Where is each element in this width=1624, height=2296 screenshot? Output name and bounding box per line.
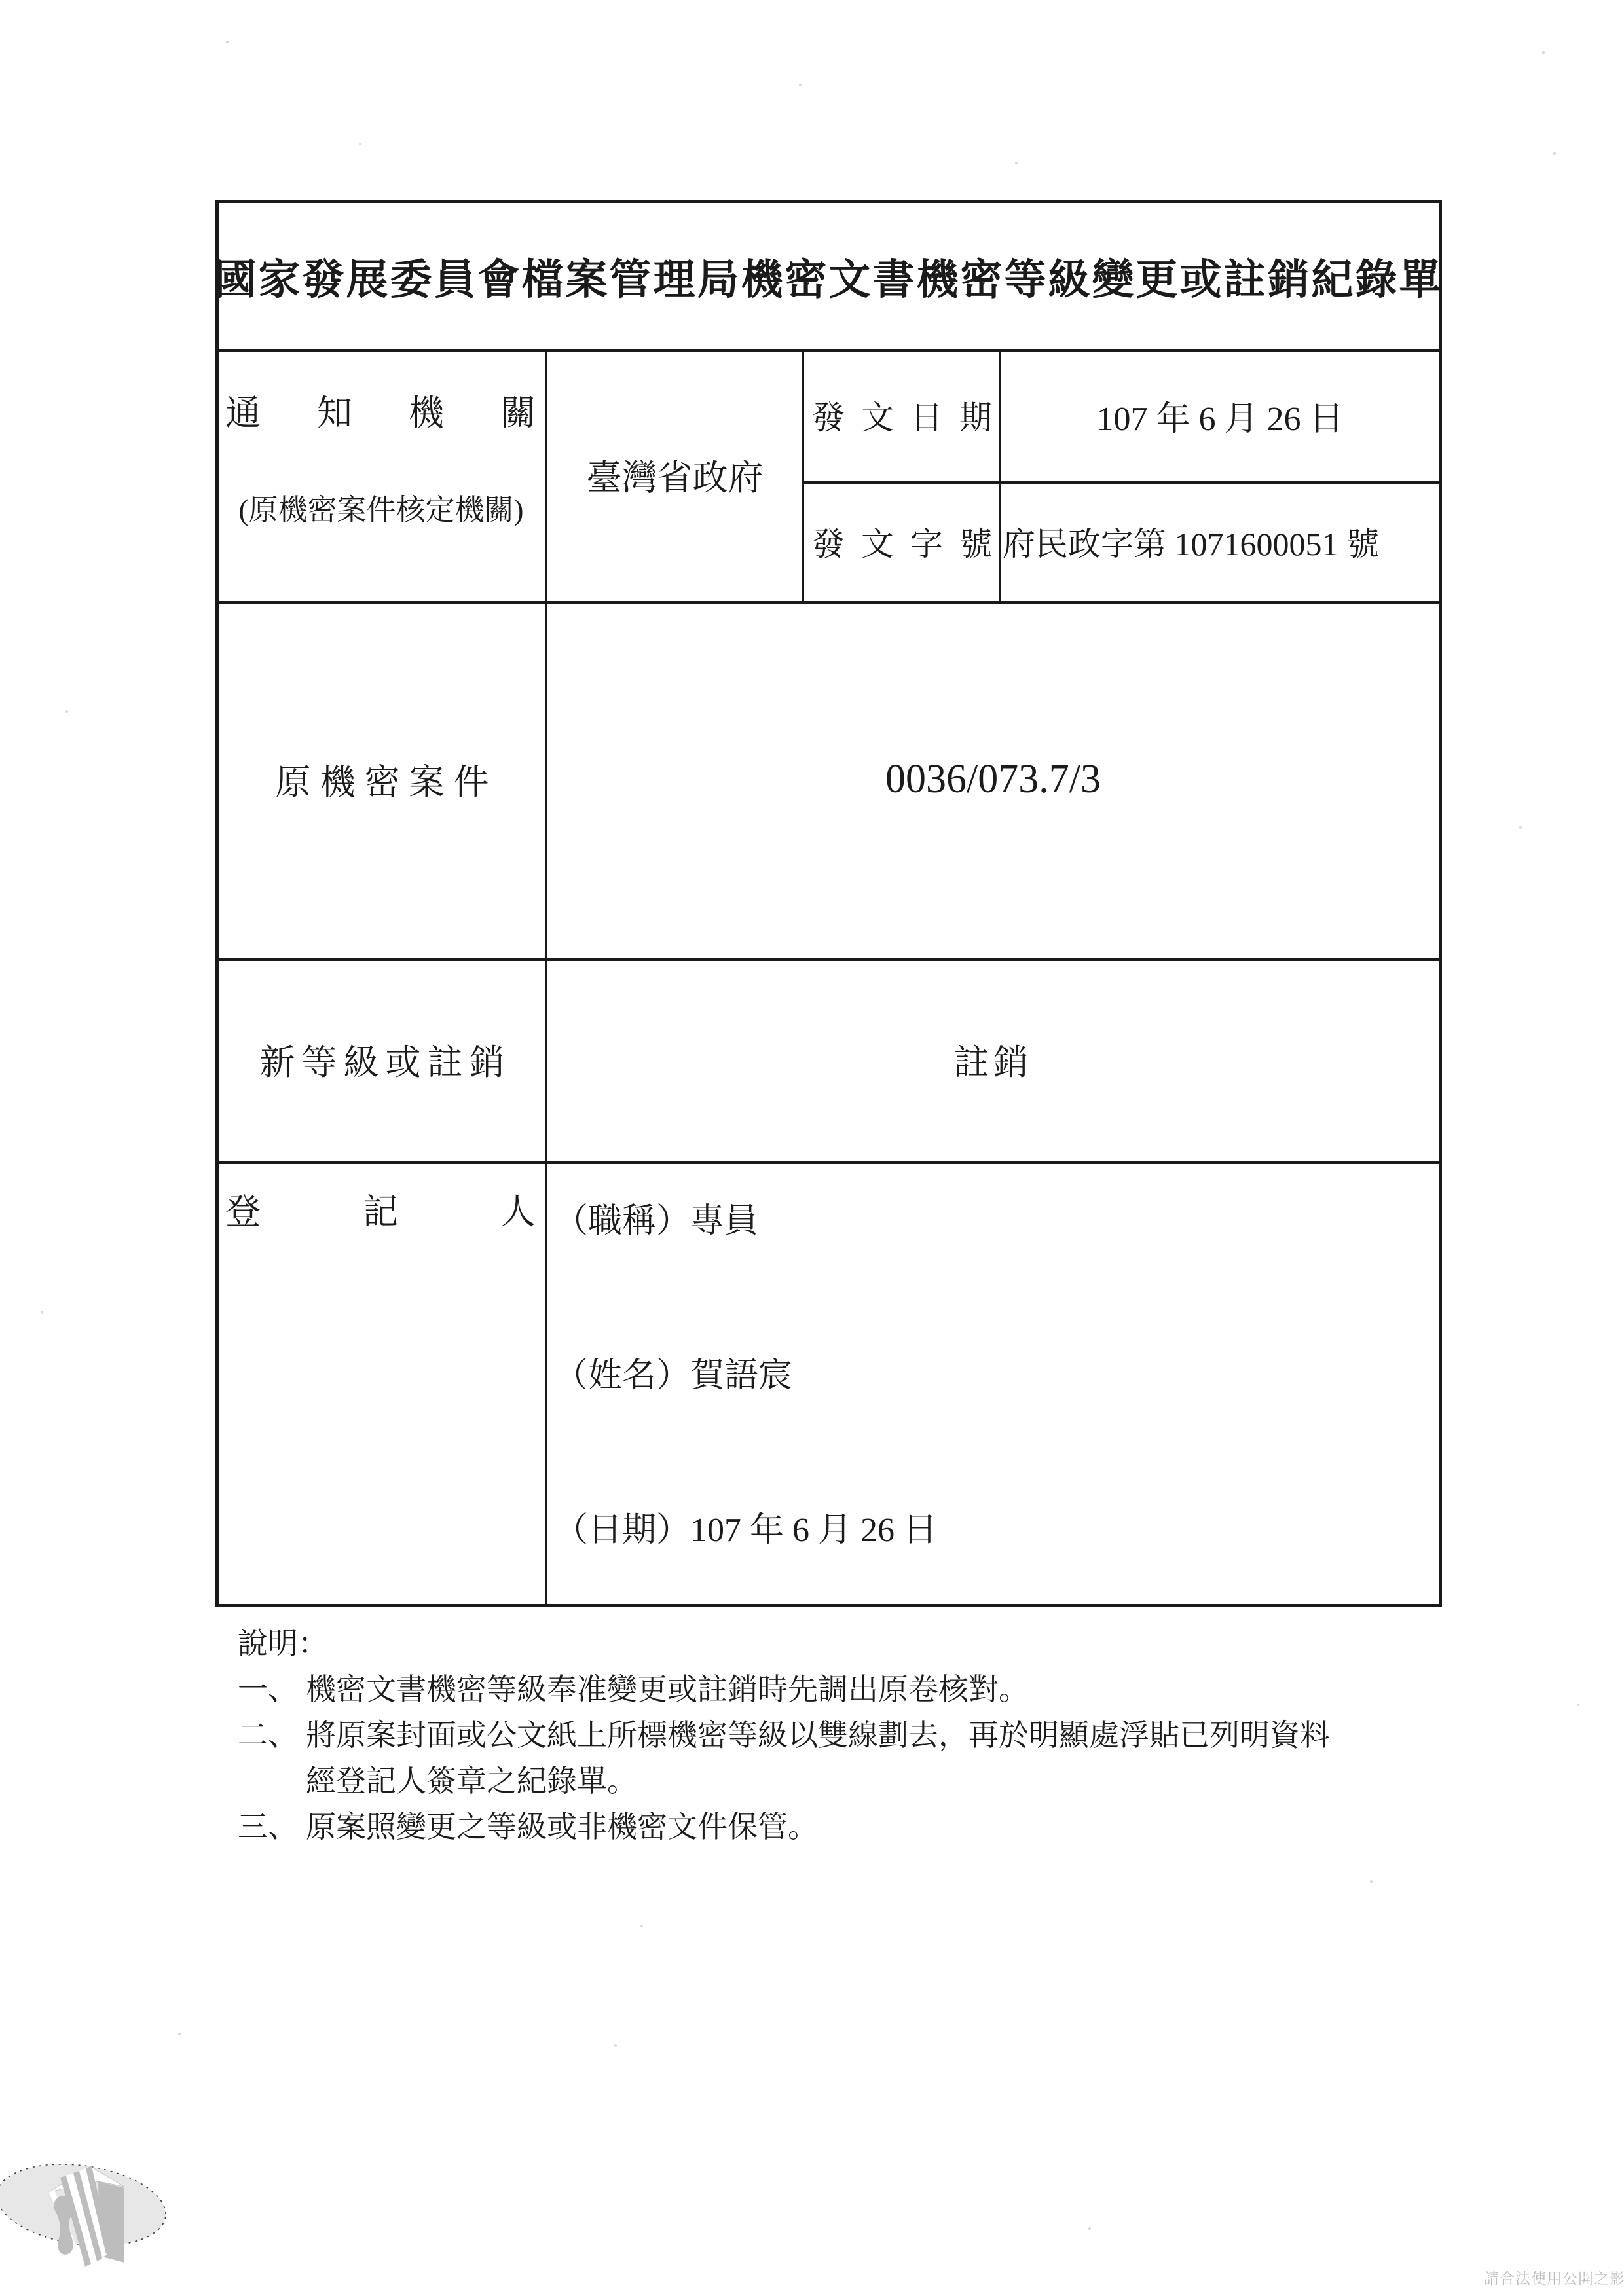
table-border xyxy=(215,1161,1442,1164)
original-case-label: 原機密案件 xyxy=(219,601,545,958)
note-text: 機密文書機密等級奉准變更或註銷時先調出原卷核對。 xyxy=(306,1667,1354,1713)
issue-date-label: 發 文 日 期 xyxy=(812,349,992,481)
issue-date-label-char: 期 xyxy=(959,392,992,439)
registrar-date-line: （日期）107 年 6 月 26 日 xyxy=(554,1502,937,1551)
registrar-label: 登 記 人 xyxy=(225,1184,536,1234)
notify-agency-label-char: 通 xyxy=(225,385,261,435)
registrar-title-line: （職稱）專員 xyxy=(554,1193,758,1242)
issue-number-label-char: 文 xyxy=(861,518,894,565)
notify-agency-label-char: 知 xyxy=(317,385,352,435)
notify-agency-label-char: 關 xyxy=(500,385,536,435)
issue-date-label-char: 日 xyxy=(910,392,943,439)
notes-heading: 說明： xyxy=(238,1621,1446,1667)
issue-date-label-char: 發 xyxy=(812,392,845,439)
note-item-3: 三、 原案照變更之等級或非機密文件保管。 xyxy=(238,1804,1446,1850)
issue-date-value: 107 年 6 月 26 日 xyxy=(1001,349,1439,481)
notify-agency-value: 臺灣省政府 xyxy=(547,349,802,601)
form-title: 國家發展委員會檔案管理局機密文書機密等級變更或註銷紀錄單 xyxy=(219,203,1439,349)
note-text: 將原案封面或公文紙上所標機密等級以雙線劃去，再於明顯處浮貼已列明資料經登記人簽章… xyxy=(306,1713,1354,1804)
note-item-2: 二、 將原案封面或公文紙上所標機密等級以雙線劃去，再於明顯處浮貼已列明資料經登記… xyxy=(238,1713,1446,1804)
issue-number-label-char: 號 xyxy=(959,518,992,565)
table-border xyxy=(802,349,804,601)
registrar-label-char: 登 xyxy=(225,1184,261,1234)
note-marker: 三、 xyxy=(238,1804,306,1850)
issue-date-label-char: 文 xyxy=(861,392,894,439)
note-marker: 一、 xyxy=(238,1667,306,1713)
original-case-value: 0036/073.7/3 xyxy=(547,601,1439,958)
new-level-label: 新等級或註銷 xyxy=(219,958,545,1161)
scan-noise xyxy=(0,0,3,3)
notify-agency-sublabel: (原機密案件核定機關) xyxy=(217,486,545,528)
notify-agency-label-char: 機 xyxy=(409,385,444,435)
new-level-value: 註銷 xyxy=(547,958,1439,1161)
notify-agency-label: 通 知 機 關 xyxy=(225,385,536,435)
issue-number-label: 發 文 字 號 xyxy=(812,481,992,601)
document-page: 國家發展委員會檔案管理局機密文書機密等級變更或註銷紀錄單 通 知 機 關 (原機… xyxy=(0,0,1624,2296)
note-item-1: 一、 機密文書機密等級奉准變更或註銷時先調出原卷核對。 xyxy=(238,1667,1446,1713)
archives-logo-icon xyxy=(0,2146,177,2296)
issue-number-label-char: 字 xyxy=(910,518,943,565)
issue-number-label-char: 發 xyxy=(812,518,845,565)
note-text: 原案照變更之等級或非機密文件保管。 xyxy=(306,1804,1354,1850)
registrar-label-char: 記 xyxy=(363,1184,398,1234)
notes-section: 說明： 一、 機密文書機密等級奉准變更或註銷時先調出原卷核對。 二、 將原案封面… xyxy=(238,1621,1446,1850)
issue-number-value: 府民政字第 1071600051 號 xyxy=(1003,481,1439,601)
note-marker: 二、 xyxy=(238,1713,306,1758)
registrar-name-line: （姓名）賀語宸 xyxy=(554,1347,792,1396)
copyright-watermark: 請合法使用公開之影像 xyxy=(1484,2267,1624,2288)
registrar-label-char: 人 xyxy=(500,1184,536,1234)
